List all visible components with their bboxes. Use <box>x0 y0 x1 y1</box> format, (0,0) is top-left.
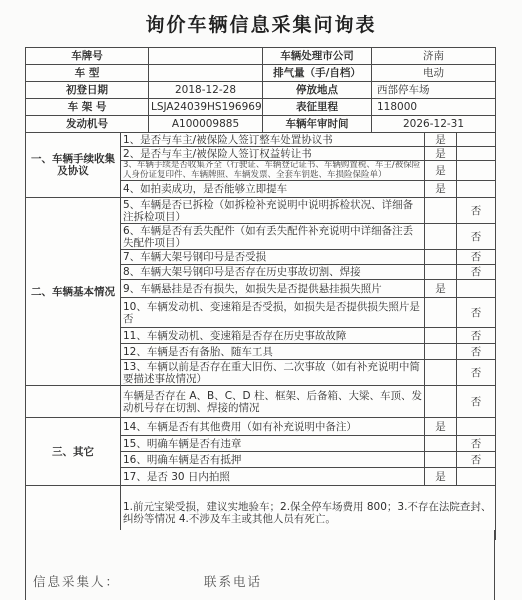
field-label-engine: 发动机号 <box>26 116 149 133</box>
question-text: 5、车辆是否已拆检（如拆检补充说明中说明拆检状况、详细备注拆检项目） <box>121 198 425 224</box>
field-label-displacement: 排气量（手/自档） <box>263 65 372 82</box>
form-table: 车牌号 车辆处理市公司 济南 车 型 排气量（手/自档） 电动 初登日期 201… <box>25 47 496 540</box>
header-row: 车 架 号 LSJA24039HS196969 表征里程 118000 <box>26 99 496 116</box>
question-text: 车辆是否存在 A、B、C、D 柱、框架、后备箱、大梁、车顶、发动机号存在切割、焊… <box>121 386 425 418</box>
question-text: 3、车辆手续是否收集齐全（行驶证、车辆登记证书、车辆购置税、车主/被保险人身份证… <box>121 161 425 181</box>
field-value-displacement: 电动 <box>372 65 496 82</box>
question-text: 16、明确车辆是否有抵押 <box>121 452 425 468</box>
header-row: 车牌号 车辆处理市公司 济南 <box>26 48 496 65</box>
field-value-vin: LSJA24039HS196969 <box>149 99 263 116</box>
answer-no: 否 <box>457 344 496 360</box>
section-label-1: 一、车辆手续收集及协议 <box>26 133 121 198</box>
question-row: 二、车辆基本情况 5、车辆是否已拆检（如拆检补充说明中说明拆检状况、详细备注拆检… <box>26 198 496 224</box>
question-row: 车辆是否存在 A、B、C、D 柱、框架、后备箱、大梁、车顶、发动机号存在切割、焊… <box>26 386 496 418</box>
section-label-2: 二、车辆基本情况 <box>26 198 121 386</box>
answer-yes: 是 <box>425 468 457 486</box>
answer-no: 否 <box>457 436 496 452</box>
question-text: 4、如拍卖成功，是否能够立即提车 <box>121 181 425 198</box>
answer-no <box>457 468 496 486</box>
field-label-plate: 车牌号 <box>26 48 149 65</box>
answer-no: 否 <box>457 360 496 386</box>
header-row: 发动机号 A100009885 车辆年审时间 2026-12-31 <box>26 116 496 133</box>
question-text: 17、是否 30 日内拍照 <box>121 468 425 486</box>
question-text: 13、车辆以前是否存在重大旧伤、二次事故（如有补充说明中简要描述事故情况） <box>121 360 425 386</box>
question-text: 11、车辆发动机、变速箱是否存在历史事故故障 <box>121 328 425 344</box>
answer-no <box>457 161 496 181</box>
field-value-mileage: 118000 <box>372 99 496 116</box>
answer-yes <box>425 452 457 468</box>
field-label-vin: 车 架 号 <box>26 99 149 116</box>
answer-no: 否 <box>457 386 496 418</box>
answer-no: 否 <box>457 328 496 344</box>
answer-no <box>457 418 496 436</box>
answer-yes <box>425 436 457 452</box>
answer-yes <box>425 386 457 418</box>
field-label-model: 车 型 <box>26 65 149 82</box>
collector-label: 信息采集人： <box>33 574 120 589</box>
question-text: 15、明确车辆是否有违章 <box>121 436 425 452</box>
answer-yes: 是 <box>425 161 457 181</box>
answer-no <box>457 181 496 198</box>
question-text: 2、是否与车主/被保险人签订权益转让书 <box>121 147 425 161</box>
question-text: 1、是否与车主/被保险人签订整车处置协议书 <box>121 133 425 147</box>
answer-no: 否 <box>457 452 496 468</box>
answer-yes <box>425 344 457 360</box>
answer-no <box>457 133 496 147</box>
answer-no <box>457 147 496 161</box>
question-text: 6、车辆是否有丢失配件（如有丢失配件补充说明中详细备注丢失配件项目） <box>121 224 425 250</box>
question-text: 7、车辆大架号钢印号是否受损 <box>121 250 425 265</box>
answer-yes <box>425 360 457 386</box>
answer-no: 否 <box>457 250 496 265</box>
question-text: 10、车辆发动机、变速箱是否受损，如损失是否提供损失照片是否 <box>121 298 425 328</box>
footer-box: 信息采集人： 联系电话 <box>25 530 495 600</box>
answer-yes <box>425 224 457 250</box>
answer-yes: 是 <box>425 280 457 298</box>
answer-yes <box>425 250 457 265</box>
field-value-regdate: 2018-12-28 <box>149 82 263 99</box>
question-text: 12、车辆是否有备胎、随车工具 <box>121 344 425 360</box>
form-page: 询价车辆信息采集问询表 车牌号 车辆处理市公司 济南 车 型 排气量（手/自档）… <box>0 0 522 600</box>
question-row: 一、车辆手续收集及协议 1、是否与车主/被保险人签订整车处置协议书 是 <box>26 133 496 147</box>
answer-yes: 是 <box>425 418 457 436</box>
field-value-plate <box>149 48 263 65</box>
field-value-model <box>149 65 263 82</box>
answer-yes: 是 <box>425 133 457 147</box>
field-label-regdate: 初登日期 <box>26 82 149 99</box>
answer-yes <box>425 328 457 344</box>
answer-no <box>457 280 496 298</box>
field-label-location: 停放地点 <box>263 82 372 99</box>
field-label-inspection: 车辆年审时间 <box>263 116 372 133</box>
section-label-3: 三、其它 <box>26 418 121 486</box>
answer-no: 否 <box>457 265 496 280</box>
answer-yes <box>425 298 457 328</box>
page-title: 询价车辆信息采集问询表 <box>0 0 522 37</box>
field-value-location: 西部停车场 <box>372 82 496 99</box>
answer-no: 否 <box>457 298 496 328</box>
answer-yes <box>425 198 457 224</box>
answer-no: 否 <box>457 224 496 250</box>
section-label-empty <box>26 386 121 418</box>
field-value-inspection: 2026-12-31 <box>372 116 496 133</box>
footer-line: 信息采集人： 联系电话 <box>33 572 262 590</box>
answer-yes: 是 <box>425 147 457 161</box>
answer-no: 否 <box>457 198 496 224</box>
answer-yes: 是 <box>425 181 457 198</box>
question-row: 三、其它 14、车辆是否有其他费用（如有补充说明中备注） 是 <box>26 418 496 436</box>
field-value-engine: A100009885 <box>149 116 263 133</box>
question-text: 14、车辆是否有其他费用（如有补充说明中备注） <box>121 418 425 436</box>
answer-yes <box>425 265 457 280</box>
question-text: 8、车辆大架号钢印号是否存在历史事故切割、焊接 <box>121 265 425 280</box>
field-label-city: 车辆处理市公司 <box>263 48 372 65</box>
header-row: 车 型 排气量（手/自档） 电动 <box>26 65 496 82</box>
header-row: 初登日期 2018-12-28 停放地点 西部停车场 <box>26 82 496 99</box>
field-label-mileage: 表征里程 <box>263 99 372 116</box>
question-text: 9、车辆悬挂是否有损失，如损失是否提供悬挂损失照片 <box>121 280 425 298</box>
field-value-city: 济南 <box>372 48 496 65</box>
phone-label: 联系电话 <box>204 574 262 589</box>
